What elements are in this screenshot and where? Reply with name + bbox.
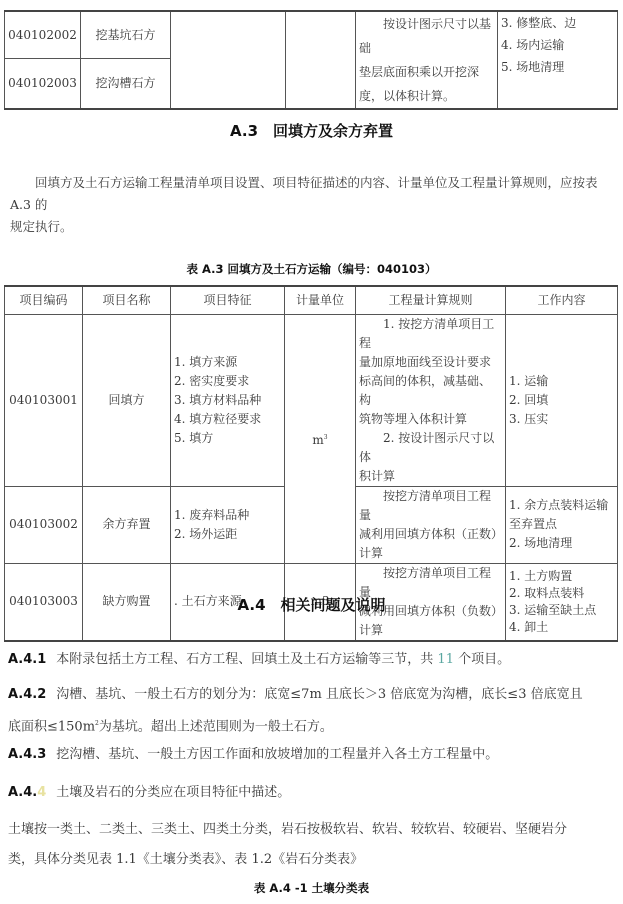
- work-item: 5. 场地清理: [501, 56, 614, 78]
- rule-line: 积计算: [359, 467, 502, 486]
- header-item-features: 项目特征: [171, 286, 285, 314]
- clause-number: A.4.3: [8, 747, 46, 762]
- section-a3-intro: 回填方及土石方运输工程量清单项目设置、项目特征描述的内容、计量单位及工程量计算规…: [10, 172, 615, 238]
- feature-cell: 1. 废弃料品种 2. 场外运距: [171, 486, 285, 563]
- section-a3-heading: A.3 回填方及余方弃置: [0, 120, 623, 141]
- rule-line: 按挖方清单项目工程量: [359, 487, 502, 525]
- table-header-row: 项目编码 项目名称 项目特征 计量单位 工程量计算规则 工作内容: [5, 286, 618, 314]
- work-item: 至弃置点: [509, 515, 614, 534]
- item-code-cell: 040102002: [5, 11, 81, 59]
- unit-cell-empty: [286, 11, 356, 109]
- clause-a4-4: A.4.4土壤及岩石的分类应在项目特征中描述。: [8, 780, 618, 806]
- work-item: 2. 回填: [509, 391, 614, 410]
- clause-number: A.4.2: [8, 687, 46, 702]
- rule-cell: 1. 按挖方清单项目工程 量加原地面线至设计要求 标高间的体积，减基础、构 筑物…: [356, 314, 506, 486]
- rule-line: 标高间的体积，减基础、构: [359, 372, 502, 410]
- rule-line: 1. 按挖方清单项目工程: [359, 315, 502, 353]
- work-item: 1. 土方购置: [509, 568, 614, 585]
- feature-item: 3. 填方材料品种: [174, 391, 281, 410]
- header-calc-rule: 工程量计算规则: [356, 286, 506, 314]
- intro-line: 回填方及土石方运输工程量清单项目设置、项目特征描述的内容、计量单位及工程量计算规…: [10, 172, 615, 216]
- clause-number: A.4.4: [8, 785, 46, 800]
- top-continuation-table: 040102002 挖基坑石方 按设计图示尺寸以基础 垫层底面积乘以开挖深 度，…: [4, 10, 618, 110]
- intro-line: 规定执行。: [10, 216, 615, 238]
- feature-item: 2. 场外运距: [174, 525, 281, 544]
- section-a4-heading: A.4 相关问题及说明: [0, 594, 623, 615]
- work-content-cell: 3. 修整底、边 4. 场内运输 5. 场地清理: [498, 11, 618, 109]
- clause-text: 本附录包括土方工程、石方工程、回填土及土石方运输等三节，共: [56, 652, 437, 667]
- rule-line: 度，以体积计算。: [359, 84, 494, 108]
- work-item: 3. 修整底、边: [501, 12, 614, 34]
- unit-value: m: [312, 433, 323, 447]
- table-a3: 项目编码 项目名称 项目特征 计量单位 工程量计算规则 工作内容 0401030…: [4, 285, 618, 642]
- rule-cell: 按挖方清单项目工程量 减利用回填方体积（正数） 计算: [356, 486, 506, 563]
- clause-number-prefix: A.4.: [8, 785, 37, 800]
- work-item: 1. 运输: [509, 372, 614, 391]
- unit-superscript: 3: [324, 434, 328, 441]
- rule-line: 筑物等埋入体积计算: [359, 410, 502, 429]
- item-code-cell: 040102003: [5, 59, 81, 109]
- feature-item: 5. 填方: [174, 429, 281, 448]
- header-item-name: 项目名称: [83, 286, 171, 314]
- rule-line: 计算: [359, 621, 502, 640]
- rule-line: 2. 按设计图示尺寸以体: [359, 429, 502, 467]
- work-item: 2. 场地清理: [509, 534, 614, 553]
- unit-cell: m3: [285, 314, 356, 563]
- table-a3-caption: 表 A.3 回填方及土石方运输（编号：040103）: [0, 261, 623, 277]
- clause-number-faded: 4: [37, 785, 46, 800]
- clause-text: 为基坑。超出上述范围则为一般土石方。: [99, 719, 333, 734]
- feature-cell: 1. 填方来源 2. 密实度要求 3. 填方材料品种 4. 填方粒径要求 5. …: [171, 314, 285, 486]
- soil-classification-paragraph: 土壤按一类土、二类土、三类土、四类土分类，岩石按极软岩、软岩、较软岩、较硬岩、坚…: [8, 815, 618, 875]
- feature-item: 2. 密实度要求: [174, 372, 281, 391]
- item-count: 11: [437, 652, 454, 667]
- rule-line: 计算: [359, 544, 502, 563]
- header-item-code: 项目编码: [5, 286, 83, 314]
- work-item: 1. 余方点装料运输: [509, 496, 614, 515]
- rule-cell: 按设计图示尺寸以基础 垫层底面积乘以开挖深 度，以体积计算。: [356, 11, 498, 109]
- item-name-cell: 余方弃置: [83, 486, 171, 563]
- clause-a4-2: A.4.2沟槽、基坑、一般土石方的划分为：底宽≤7m 且底长＞3 倍底宽为沟槽，…: [8, 680, 618, 741]
- work-content-cell: 1. 余方点装料运输 至弃置点 2. 场地清理: [506, 486, 618, 563]
- work-item: 4. 场内运输: [501, 34, 614, 56]
- clause-text: 土壤及岩石的分类应在项目特征中描述。: [56, 785, 290, 800]
- clause-a4-1: A.4.1本附录包括土方工程、石方工程、回填土及土石方运输等三节，共 11 个项…: [8, 647, 618, 673]
- clause-text: 个项目。: [454, 652, 510, 667]
- item-code-cell: 040103002: [5, 486, 83, 563]
- table-row: 040103001 回填方 1. 填方来源 2. 密实度要求 3. 填方材料品种…: [5, 314, 618, 486]
- table-a4-1-caption: 表 A.4 -1 土壤分类表: [0, 880, 623, 896]
- clause-text: 沟槽、基坑、一般土石方的划分为：底宽≤7m 且底长＞3 倍底宽为沟槽，底长≤3 …: [56, 687, 582, 702]
- feature-cell-empty: [171, 11, 286, 109]
- rule-line: 减利用回填方体积（正数）: [359, 525, 502, 544]
- work-item: 3. 压实: [509, 410, 614, 429]
- clause-text: 挖沟槽、基坑、一般土方因工作面和放坡增加的工程量并入各土方工程量中。: [56, 747, 498, 762]
- rule-line: 垫层底面积乘以开挖深: [359, 60, 494, 84]
- feature-item: 1. 填方来源: [174, 353, 281, 372]
- header-unit: 计量单位: [285, 286, 356, 314]
- paragraph-line: 类，具体分类见表 1.1《土壤分类表》、表 1.2《岩石分类表》: [8, 845, 618, 875]
- clause-text: 底面积≤150m: [8, 719, 95, 734]
- feature-item: 1. 废弃料品种: [174, 506, 281, 525]
- item-name-cell: 挖基坑石方: [81, 11, 171, 59]
- rule-line: 按设计图示尺寸以基础: [359, 12, 494, 60]
- paragraph-line: 土壤按一类土、二类土、三类土、四类土分类，岩石按极软岩、软岩、较软岩、较硬岩、坚…: [8, 815, 618, 845]
- work-content-cell: 1. 运输 2. 回填 3. 压实: [506, 314, 618, 486]
- clause-number: A.4.1: [8, 652, 46, 667]
- item-name-cell: 挖沟槽石方: [81, 59, 171, 109]
- clause-a4-3: A.4.3挖沟槽、基坑、一般土方因工作面和放坡增加的工程量并入各土方工程量中。: [8, 742, 618, 768]
- work-item: 4. 卸土: [509, 619, 614, 636]
- rule-line: 量加原地面线至设计要求: [359, 353, 502, 372]
- item-name-cell: 回填方: [83, 314, 171, 486]
- feature-item: 4. 填方粒径要求: [174, 410, 281, 429]
- header-work-content: 工作内容: [506, 286, 618, 314]
- item-code-cell: 040103001: [5, 314, 83, 486]
